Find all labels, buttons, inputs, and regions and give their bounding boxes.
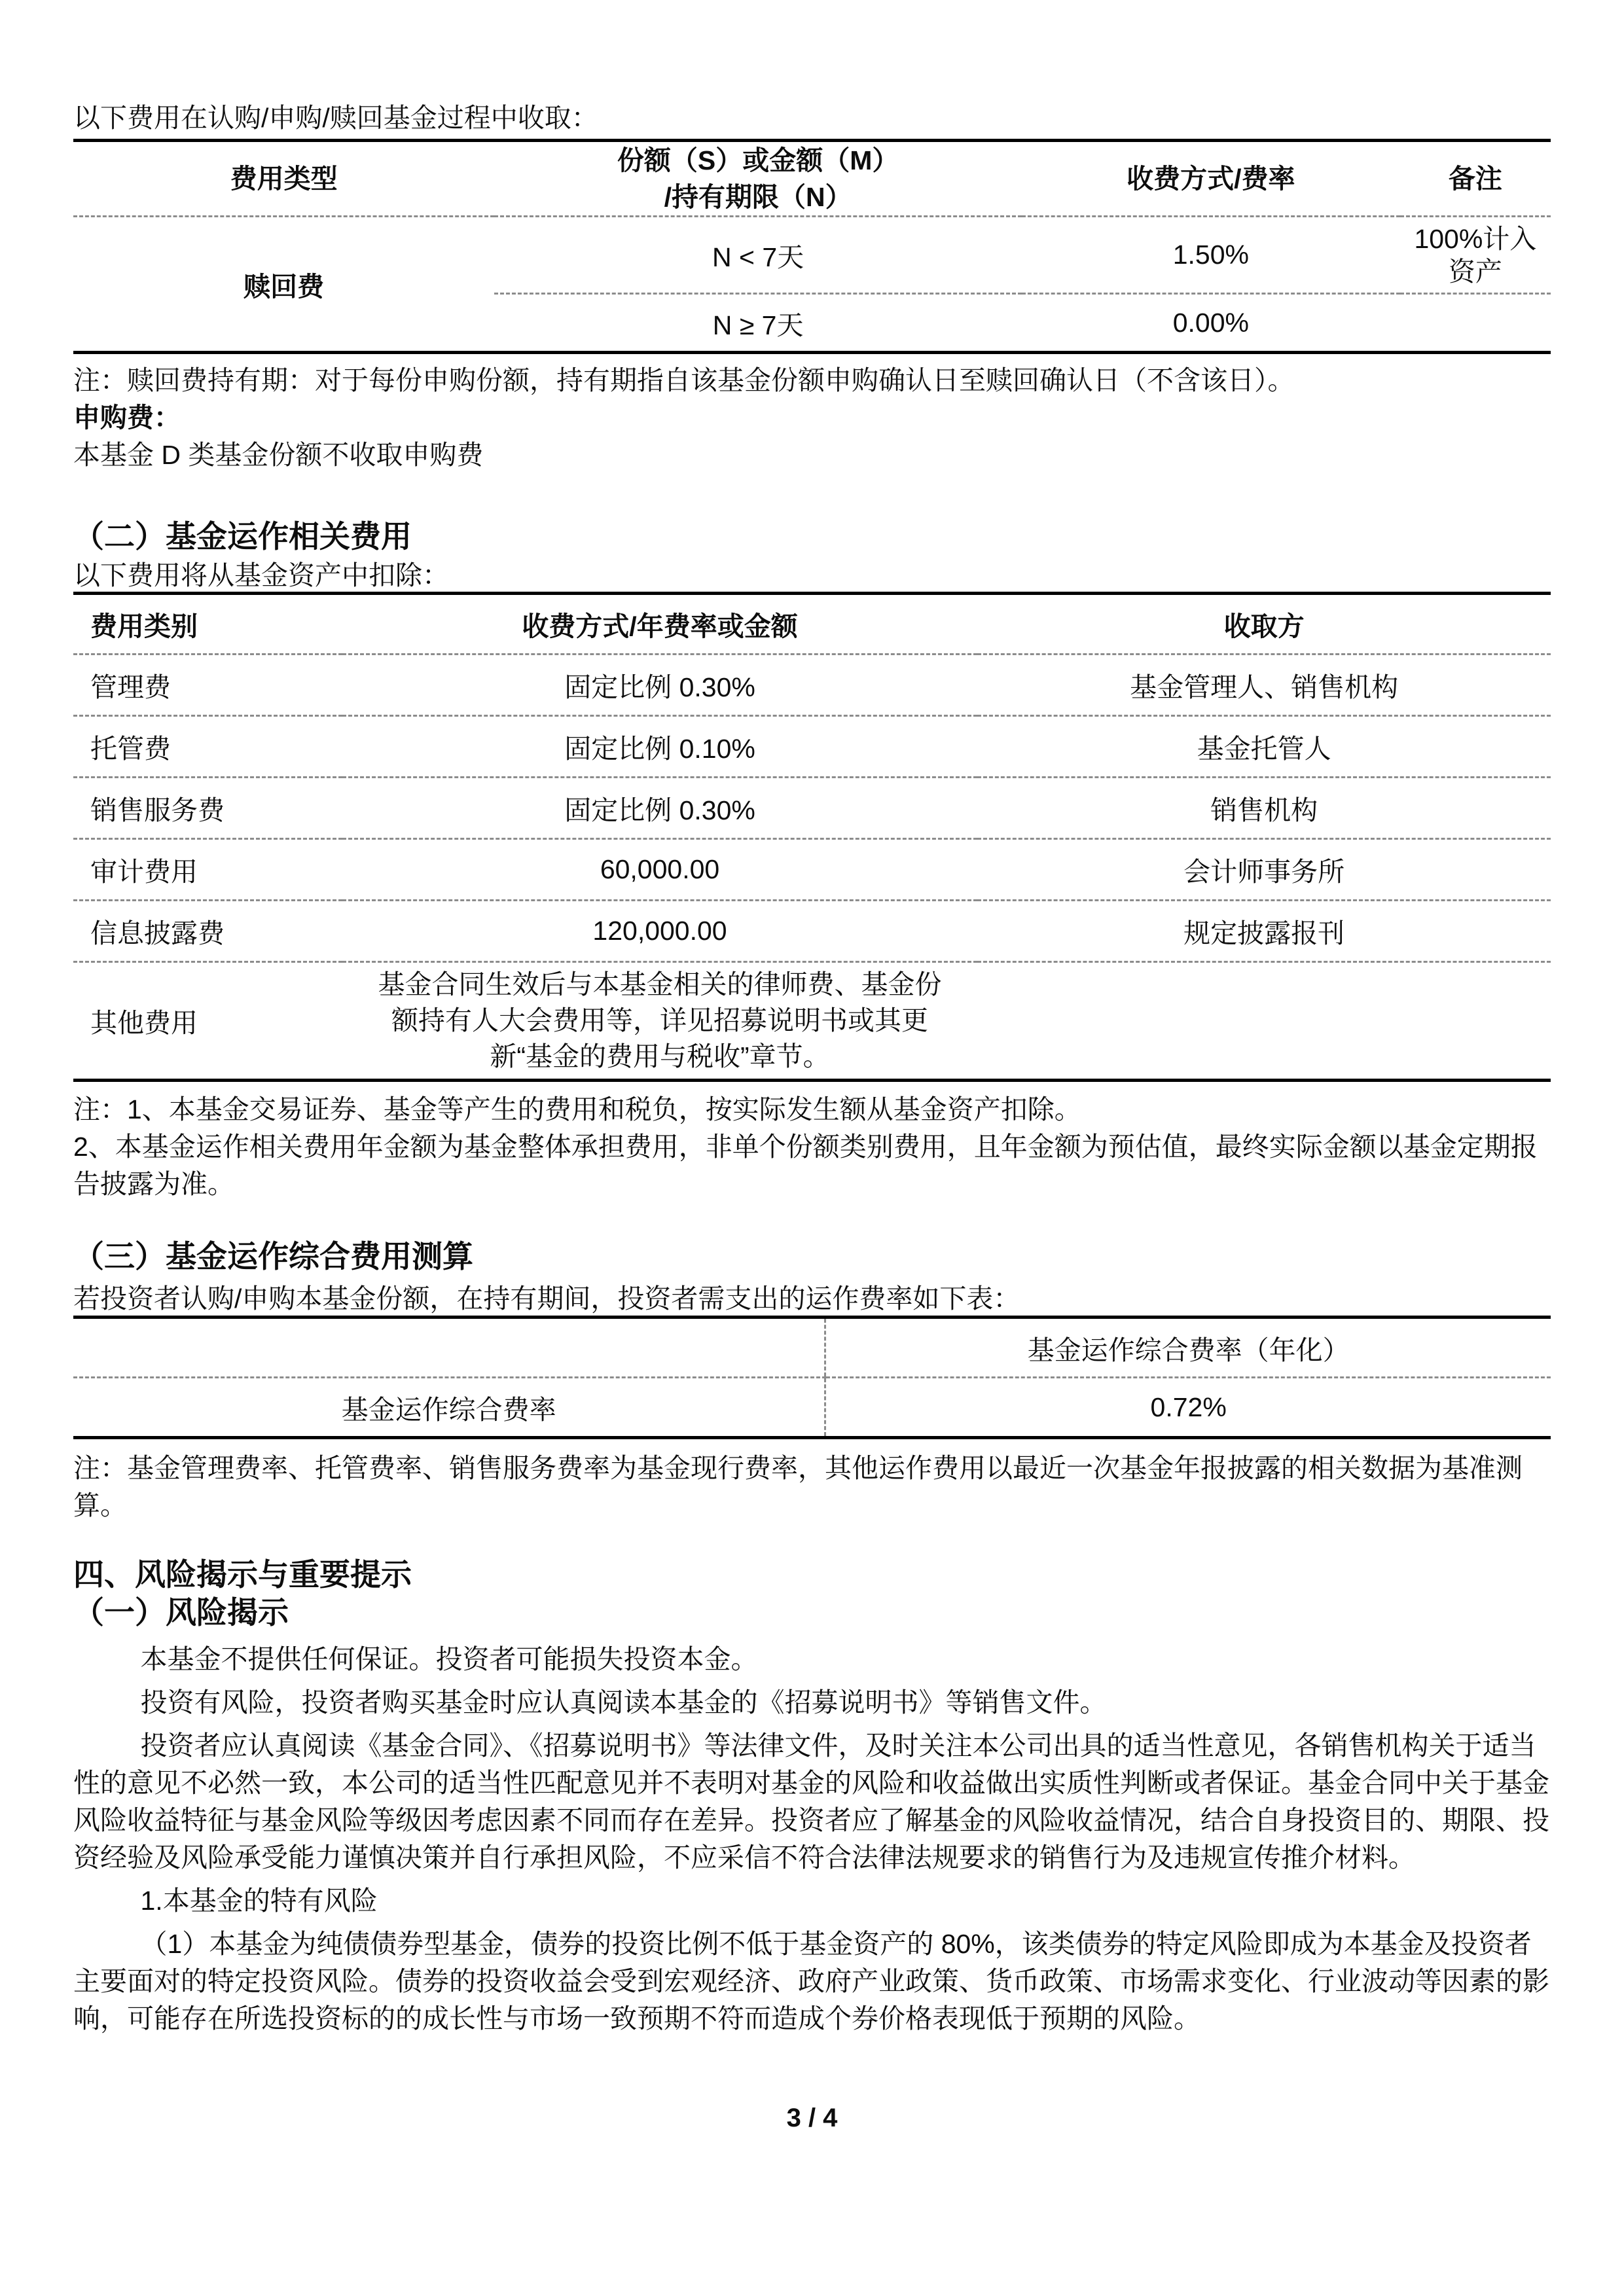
- risk-paragraph: 本基金不提供任何保证。投资者可能损失投资本金。: [73, 1641, 1551, 1678]
- header-fee-category: 费用类别: [73, 594, 342, 655]
- risk-paragraph: 1.本基金的特有风险: [73, 1882, 1551, 1920]
- table-header-row: 费用类型 份额（S）或金额（M） /持有期限（N） 收费方式/费率 备注: [73, 141, 1551, 217]
- cell-fee-type: 赎回费: [73, 217, 494, 353]
- cell-rate-value: 0.72%: [825, 1378, 1551, 1438]
- purchase-fee-table: 费用类型 份额（S）或金额（M） /持有期限（N） 收费方式/费率 备注 赎回费…: [73, 139, 1551, 354]
- cell-recipient: 销售机构: [977, 778, 1551, 839]
- cell-rate-label: 基金运作综合费率: [73, 1378, 825, 1438]
- cell-method: 固定比例 0.10%: [342, 716, 978, 778]
- header-share-or-amount-line1: 份额（S）或金额（M）: [494, 142, 1022, 179]
- cell-condition: N ≥ 7天: [494, 294, 1022, 353]
- cell-method: 120,000.00: [342, 901, 978, 962]
- cell-category: 管理费: [73, 655, 342, 716]
- risk-paragraph: 投资有风险，投资者购买基金时应认真阅读本基金的《招募说明书》等销售文件。: [73, 1684, 1551, 1721]
- purchase-fees-intro: 以下费用在认购/申购/赎回基金过程中收取：: [73, 99, 1551, 137]
- risk-paragraph: 投资者应认真阅读《基金合同》、《招募说明书》等法律文件，及时关注本公司出具的适当…: [73, 1727, 1551, 1876]
- document-page: 以下费用在认购/申购/赎回基金过程中收取： 费用类型 份额（S）或金额（M） /…: [0, 0, 1624, 2296]
- table-row: 信息披露费 120,000.00 规定披露报刊: [73, 901, 1551, 962]
- table-row: 其他费用 基金合同生效后与本基金相关的律师费、基金份额持有人大会费用等，详见招募…: [73, 962, 1551, 1081]
- operation-fee-note-2: 2、本基金运作相关费用年金额为基金整体承担费用，非单个份额类别费用，且年金额为预…: [73, 1128, 1551, 1203]
- header-annualized-rate: 基金运作综合费率（年化）: [825, 1318, 1551, 1378]
- cell-category: 信息披露费: [73, 901, 342, 962]
- cell-method: 60,000.00: [342, 839, 978, 901]
- table-row: 托管费 固定比例 0.10% 基金托管人: [73, 716, 1551, 778]
- cell-empty: [73, 1318, 825, 1378]
- header-share-or-amount: 份额（S）或金额（M） /持有期限（N）: [494, 141, 1022, 217]
- table-row: 销售服务费 固定比例 0.30% 销售机构: [73, 778, 1551, 839]
- cell-remark: [1400, 294, 1551, 353]
- cell-method: 固定比例 0.30%: [342, 655, 978, 716]
- header-charge-method: 收费方式/年费率或金额: [342, 594, 978, 655]
- header-remark: 备注: [1400, 141, 1551, 217]
- comprehensive-fee-note: 注：基金管理费率、托管费率、销售服务费率为基金现行费率，其他运作费用以最近一次基…: [73, 1450, 1551, 1524]
- cell-recipient: 规定披露报刊: [977, 901, 1551, 962]
- cell-rate: 0.00%: [1022, 294, 1400, 353]
- section-heading-comprehensive-fees: （三）基金运作综合费用测算: [73, 1236, 1551, 1278]
- subscription-fee-label: 申购费：: [73, 399, 1551, 437]
- cell-recipient: 基金托管人: [977, 716, 1551, 778]
- table-row: 管理费 固定比例 0.30% 基金管理人、销售机构: [73, 655, 1551, 716]
- table-header-row: 费用类别 收费方式/年费率或金额 收取方: [73, 594, 1551, 655]
- cell-method: 基金合同生效后与本基金相关的律师费、基金份额持有人大会费用等，详见招募说明书或其…: [342, 962, 978, 1081]
- table-row: 赎回费 N < 7天 1.50% 100%计入资产: [73, 217, 1551, 294]
- cell-category: 销售服务费: [73, 778, 342, 839]
- subscription-fee-text: 本基金 D 类基金份额不收取申购费: [73, 437, 1551, 474]
- header-share-or-amount-line2: /持有期限（N）: [494, 179, 1022, 215]
- section-heading-risk: 四、风险揭示与重要提示: [73, 1556, 1551, 1594]
- cell-recipient: 基金管理人、销售机构: [977, 655, 1551, 716]
- comprehensive-fees-intro: 若投资者认购/申购本基金份额，在持有期间，投资者需支出的运作费率如下表：: [73, 1282, 1551, 1316]
- cell-method: 固定比例 0.30%: [342, 778, 978, 839]
- table-header-row: 基金运作综合费率（年化）: [73, 1318, 1551, 1378]
- risk-paragraphs: 本基金不提供任何保证。投资者可能损失投资本金。 投资有风险，投资者购买基金时应认…: [73, 1641, 1551, 2037]
- section-heading-operation-fees: （二）基金运作相关费用: [73, 516, 1551, 558]
- cell-category: 其他费用: [73, 962, 342, 1081]
- operation-fee-notes: 注：1、本基金交易证券、基金等产生的费用和税负，按实际发生额从基金资产扣除。 2…: [73, 1091, 1551, 1203]
- cell-remark: 100%计入资产: [1400, 217, 1551, 294]
- page-number: 3 / 4: [0, 2104, 1624, 2133]
- header-fee-type: 费用类型: [73, 141, 494, 217]
- cell-rate: 1.50%: [1022, 217, 1400, 294]
- operation-fee-table: 费用类别 收费方式/年费率或金额 收取方 管理费 固定比例 0.30% 基金管理…: [73, 592, 1551, 1082]
- purchase-fee-notes: 注：赎回费持有期：对于每份申购份额，持有期指自该基金份额申购确认日至赎回确认日（…: [73, 362, 1551, 474]
- operation-fee-note-1: 注：1、本基金交易证券、基金等产生的费用和税负，按实际发生额从基金资产扣除。: [73, 1091, 1551, 1128]
- cell-category: 托管费: [73, 716, 342, 778]
- cell-recipient: [977, 962, 1551, 1081]
- page-content: 以下费用在认购/申购/赎回基金过程中收取： 费用类型 份额（S）或金额（M） /…: [0, 99, 1624, 2037]
- comprehensive-rate-table: 基金运作综合费率（年化） 基金运作综合费率 0.72%: [73, 1316, 1551, 1439]
- header-recipient: 收取方: [977, 594, 1551, 655]
- cell-condition: N < 7天: [494, 217, 1022, 294]
- header-charge-method-rate: 收费方式/费率: [1022, 141, 1400, 217]
- cell-recipient: 会计师事务所: [977, 839, 1551, 901]
- cell-category: 审计费用: [73, 839, 342, 901]
- redemption-holding-note: 注：赎回费持有期：对于每份申购份额，持有期指自该基金份额申购确认日至赎回确认日（…: [73, 362, 1551, 399]
- table-row: 基金运作综合费率 0.72%: [73, 1378, 1551, 1438]
- table-row: 审计费用 60,000.00 会计师事务所: [73, 839, 1551, 901]
- operation-fees-intro: 以下费用将从基金资产中扣除：: [73, 559, 1551, 592]
- risk-paragraph: （1）本基金为纯债债券型基金，债券的投资比例不低于基金资产的 80%，该类债券的…: [73, 1926, 1551, 2037]
- subsection-heading-risk-disclosure: （一）风险揭示: [73, 1594, 1551, 1632]
